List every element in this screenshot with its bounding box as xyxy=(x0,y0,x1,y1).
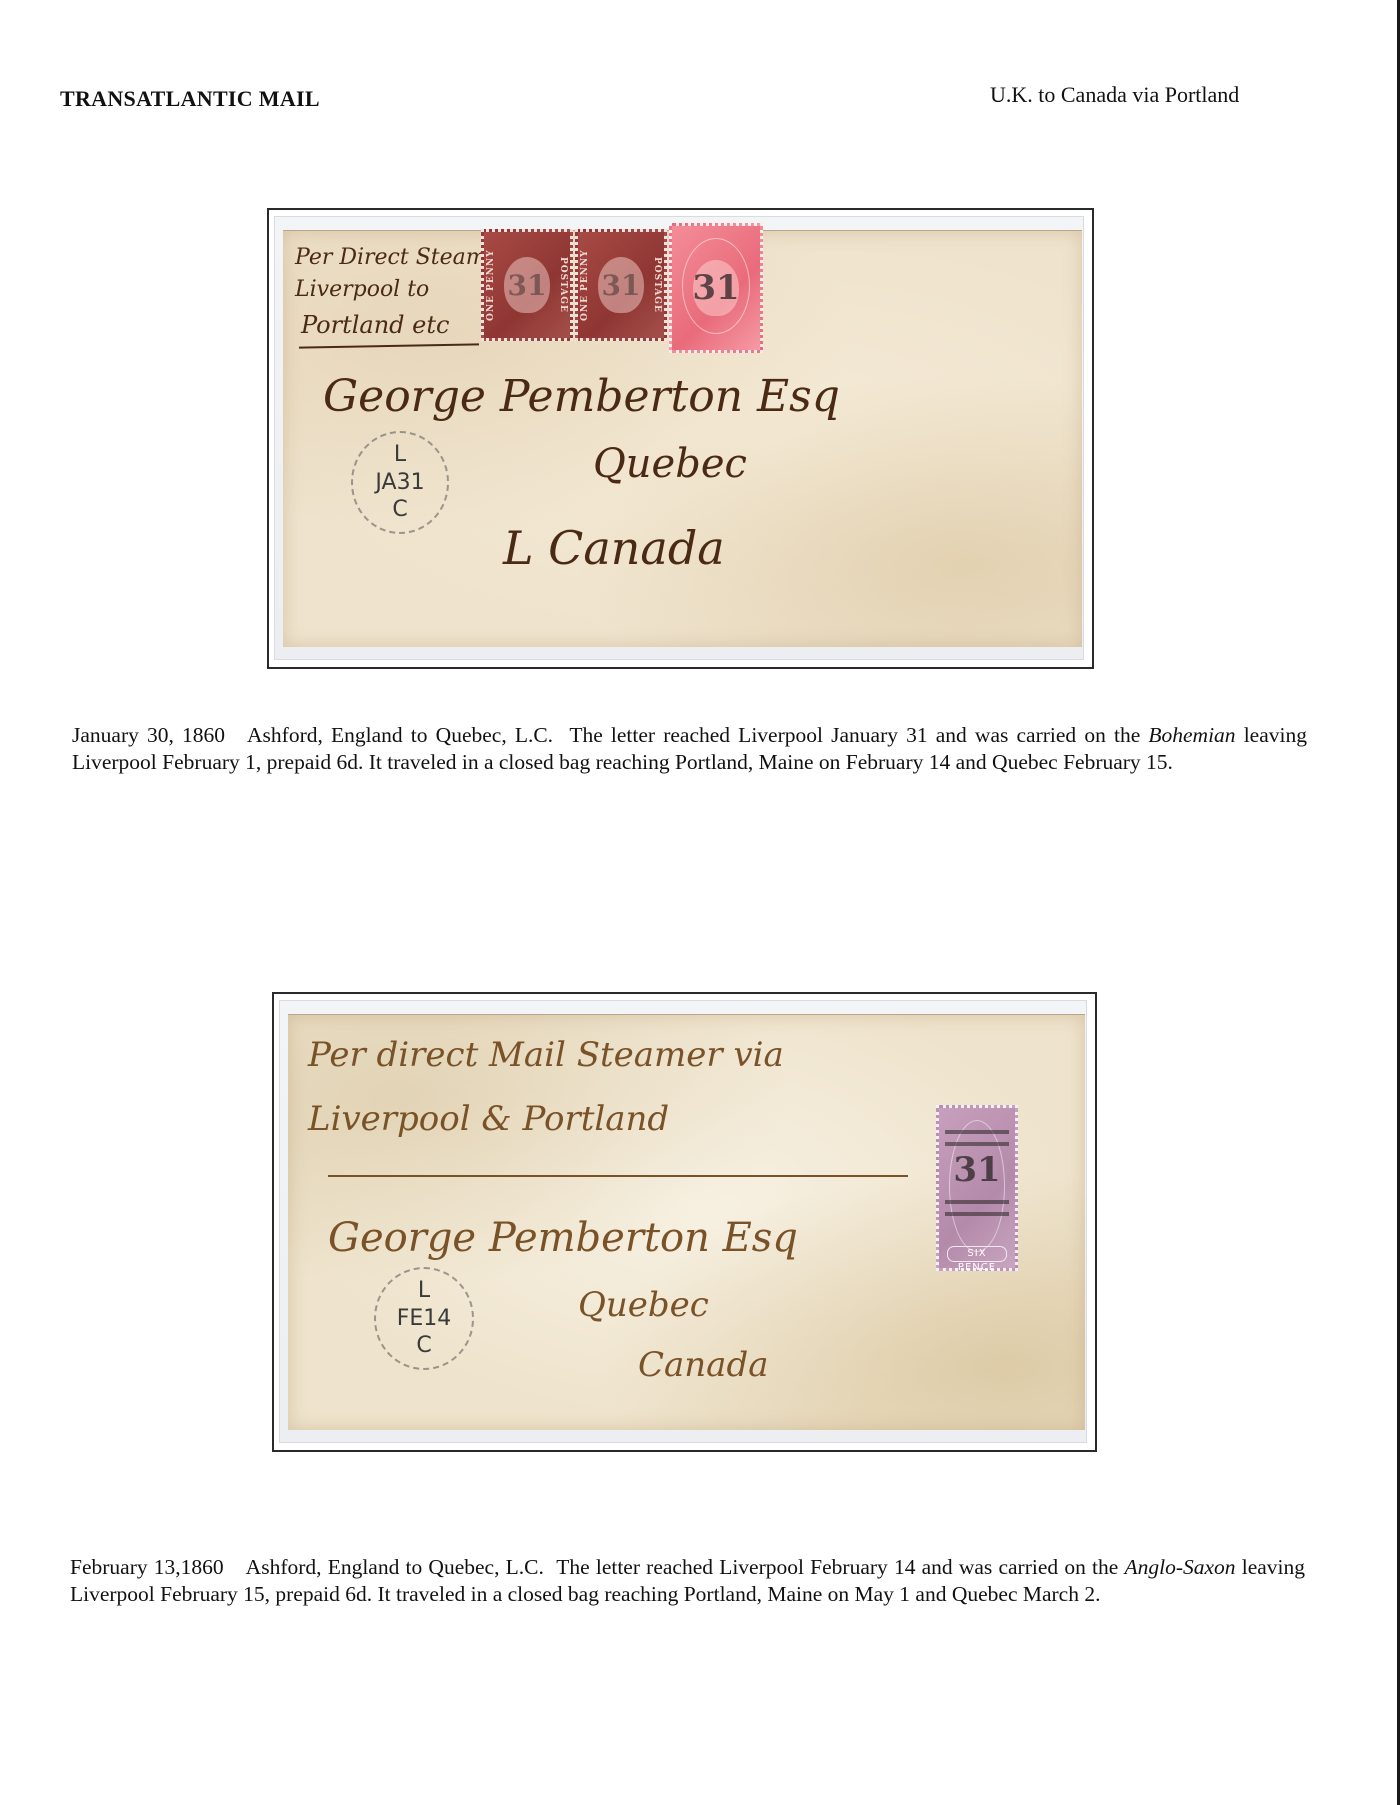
address-country: L Canada xyxy=(503,521,725,575)
cover-frame-1: Per Direct Steamer Liverpool to Portland… xyxy=(267,208,1094,669)
underline xyxy=(299,343,479,348)
ship-name: Bohemian xyxy=(1148,723,1235,747)
caption-text: The letter reached Liverpool February 14… xyxy=(556,1555,1118,1579)
cancel-bar xyxy=(945,1130,1009,1134)
stamp-label: ONE PENNY xyxy=(486,240,502,330)
envelope-1: Per Direct Steamer Liverpool to Portland… xyxy=(283,230,1082,647)
postmark-ring xyxy=(351,431,449,534)
address-city: Quebec xyxy=(593,441,747,487)
cancel-numeral: 31 xyxy=(692,268,739,308)
cancel-numeral: 31 xyxy=(602,269,641,302)
endorsement-line: Liverpool to xyxy=(295,277,429,302)
address-name: George Pemberton Esq xyxy=(328,1215,798,1261)
postmark: L FE14 C xyxy=(388,1277,460,1360)
address-city: Quebec xyxy=(578,1285,709,1325)
address-country: Canada xyxy=(638,1345,769,1385)
underline xyxy=(328,1175,908,1177)
stamp-penny-red: ONE PENNY POSTAGE 31 xyxy=(481,229,573,341)
cancel-numeral: 31 xyxy=(953,1150,1000,1190)
stamp-label: POSTAGE xyxy=(646,240,662,330)
stamp-sixpence-lilac: 31 SIX PENCE xyxy=(936,1105,1018,1271)
stamp-penny-red: ONE PENNY POSTAGE 31 xyxy=(575,229,667,341)
stamp-label: ONE PENNY xyxy=(580,240,596,330)
endorsement-line: Per Direct Steamer xyxy=(295,245,510,270)
page-subtitle: U.K. to Canada via Portland xyxy=(990,82,1239,108)
stamp-label: POSTAGE xyxy=(552,240,568,330)
cover-caption-2: February 13,1860Ashford, England to Queb… xyxy=(70,1554,1305,1608)
stamp-value-label: SIX PENCE xyxy=(947,1246,1007,1262)
cancel-numeral: 31 xyxy=(508,269,547,302)
envelope-2: Per direct Mail Steamer via Liverpool & … xyxy=(288,1014,1085,1430)
caption-date: January 30, 1860 xyxy=(72,723,225,747)
caption-text: The letter reached Liverpool January 31 … xyxy=(569,723,1140,747)
cancel-bar xyxy=(945,1142,1009,1146)
ship-name: Anglo-Saxon xyxy=(1124,1555,1235,1579)
postmark: L JA31 C xyxy=(365,441,435,524)
endorsement-line: Portland etc xyxy=(301,311,449,339)
endorsement-line: Liverpool & Portland xyxy=(308,1099,669,1139)
cancel-bar xyxy=(945,1212,1009,1216)
caption-date: February 13,1860 xyxy=(70,1555,224,1579)
postmark-ring xyxy=(374,1267,474,1370)
caption-route: Ashford, England to Quebec, L.C. xyxy=(247,723,553,747)
cover-frame-2: Per direct Mail Steamer via Liverpool & … xyxy=(272,992,1097,1452)
address-name: George Pemberton Esq xyxy=(323,371,840,422)
cancel-bar xyxy=(945,1200,1009,1204)
cover-caption-1: January 30, 1860Ashford, England to Queb… xyxy=(72,722,1307,776)
caption-route: Ashford, England to Quebec, L.C. xyxy=(246,1555,544,1579)
stamp-fourpence-rose: 31 xyxy=(669,223,763,353)
endorsement-line: Per direct Mail Steamer via xyxy=(308,1035,784,1075)
page-title: TRANSATLANTIC MAIL xyxy=(60,86,320,112)
